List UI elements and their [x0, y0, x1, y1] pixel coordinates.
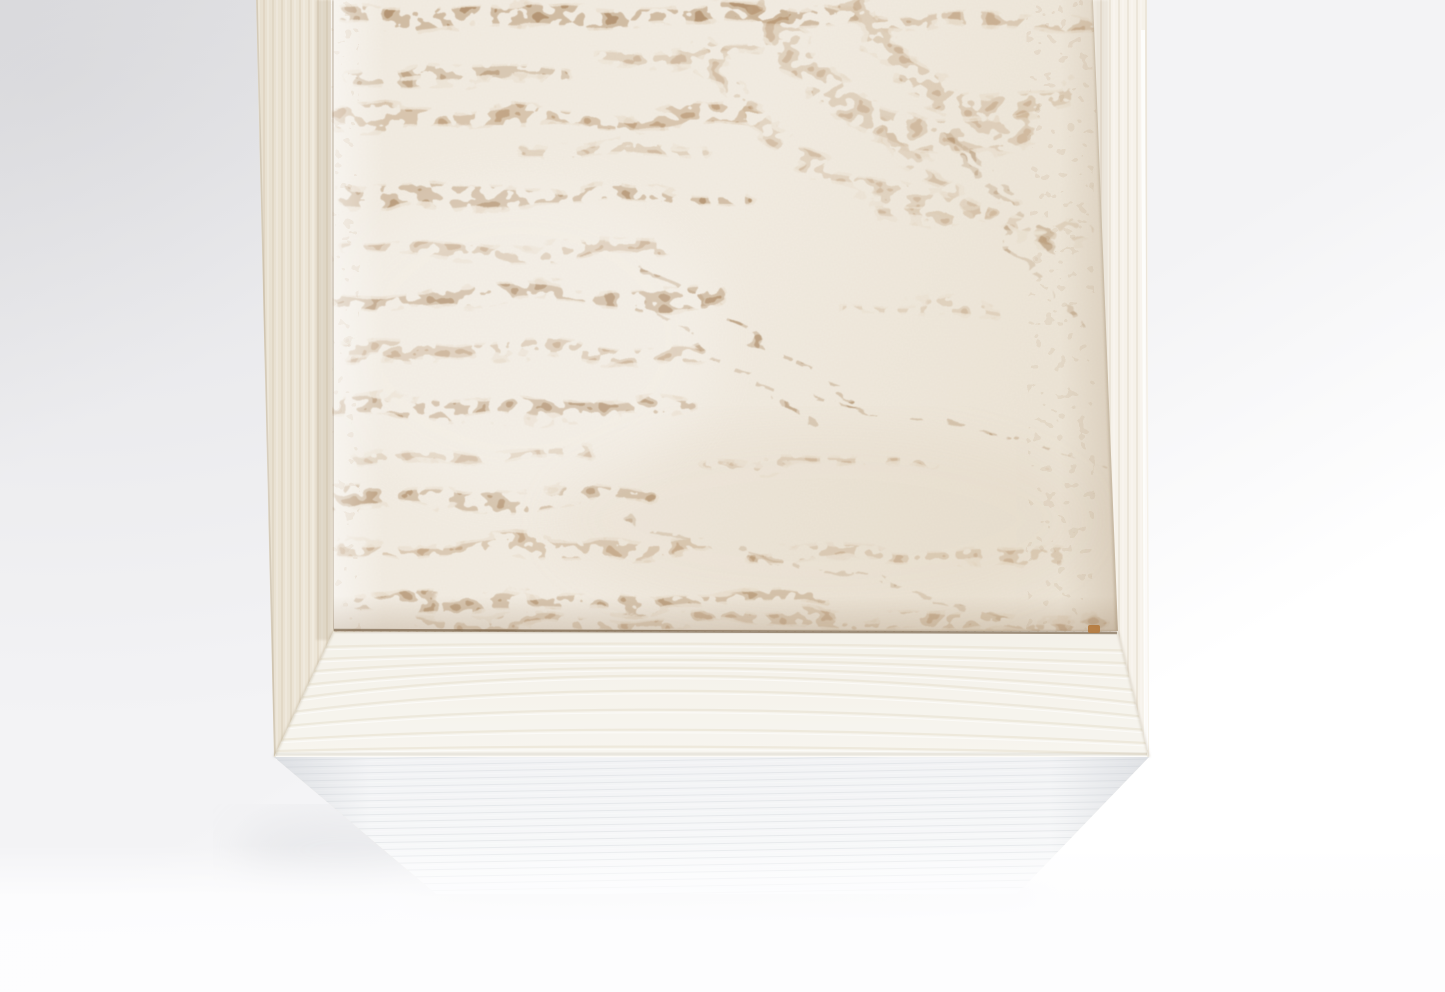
seam-glint: [1088, 625, 1100, 633]
cushion-sheen: [320, 180, 720, 500]
photo-stage: [0, 0, 1445, 992]
rim-band: [260, 626, 1160, 766]
left-rail-inner-shadow: [316, 0, 333, 640]
bottom-overexposure-fade: [0, 845, 1445, 992]
cushion-panel: [320, 0, 1130, 640]
product-photograph: [0, 0, 1445, 992]
